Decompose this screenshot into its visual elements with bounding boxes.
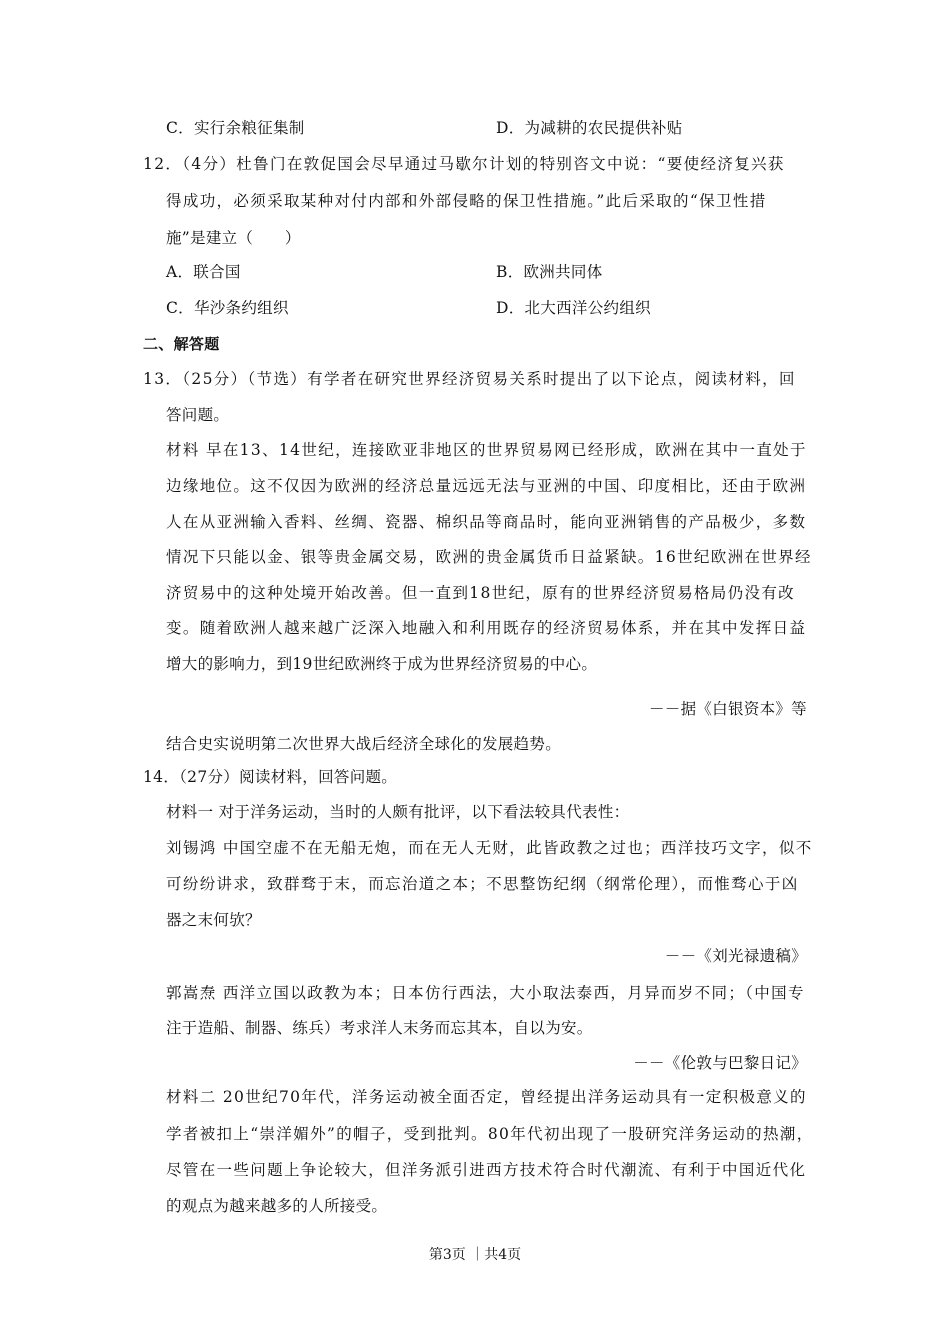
q13-material-line: 情况下只能以金、银等贵金属交易，欧洲的贵金属货币日益紧缺。16世纪欧洲在世界经: [166, 547, 812, 567]
q12-stem-line3: 施”是建立（ ）: [166, 228, 301, 248]
q14-liu-source: －－《刘光禄遗稿》: [665, 946, 807, 966]
q14-material2-line: 的观点为越来越多的人所接受。: [166, 1196, 387, 1216]
q14-liu-line: 可纷纷讲求，致群骛于末，而忘治道之本；不思整饬纪纲（纲常伦理），而惟骛心于凶: [166, 874, 799, 894]
q11-option-d: D．为减耕的农民提供补贴: [496, 118, 683, 138]
q13-material-line: 材料 早在13、14世纪，连接欧亚非地区的世界贸易网已经形成，欧洲在其中一直处于: [166, 440, 807, 460]
q13-question: 结合史实说明第二次世界大战后经济全球化的发展趋势。: [166, 734, 561, 754]
q12-option-b: B．欧洲共同体: [496, 262, 603, 282]
q14-material2-line: 学者被扣上“崇洋媚外”的帽子，受到批判。80年代初出现了一股研究洋务运动的热潮，: [166, 1124, 814, 1144]
q14-guo-source: －－《伦敦与巴黎日记》: [633, 1053, 807, 1073]
q14-material2-line: 尽管在一些问题上争论较大，但洋务派引进西方技术符合时代潮流、有利于中国近代化: [166, 1160, 806, 1180]
q13-source: －－据《白银资本》等: [649, 699, 807, 719]
q13-stem-line1: 13．（25分）（节选）有学者在研究世界经济贸易关系时提出了以下论点，阅读材料，…: [143, 369, 796, 389]
q12-option-c: C．华沙条约组织: [166, 298, 289, 318]
q12-stem-line2: 得成功，必须采取某种对付内部和外部侵略的保卫性措施。”此后采取的“保卫性措: [166, 191, 767, 211]
q14-guo-line: 郭嵩焘 西洋立国以政教为本；日本仿行西法，大小取法泰西，月异而岁不同；（中国专: [166, 983, 805, 1003]
q13-material-line: 济贸易中的这种处境开始改善。但一直到18世纪，原有的世界经济贸易格局仍没有改: [166, 583, 795, 603]
q13-stem-line2: 答问题。: [166, 405, 229, 425]
q14-liu-line: 刘锡鸿 中国空虚不在无船无炮，而在无人无财，此皆政教之过也；西洋技巧文字，似不: [166, 838, 813, 858]
q14-material1-intro: 材料一 对于洋务运动，当时的人颇有批评，以下看法较具代表性：: [166, 802, 629, 822]
q14-stem: 14．（27分）阅读材料，回答问题。: [143, 767, 397, 787]
q12-stem-line1: 12．（4分）杜鲁门在敦促国会尽早通过马歇尔计划的特别咨文中说：“要使经济复兴获: [143, 154, 785, 174]
q12-option-a: A．联合国: [166, 262, 241, 282]
q14-guo-line: 注于造船、制器、练兵）考求洋人末务而忘其本，自以为安。: [166, 1018, 593, 1038]
q12-option-d: D．北大西洋公约组织: [496, 298, 651, 318]
q11-option-c: C．实行余粮征集制: [166, 118, 305, 138]
q13-material-line: 变。随着欧洲人越来越广泛深入地融入和利用既存的经济贸易体系，并在其中发挥日益: [166, 618, 806, 638]
q13-material-line: 人在从亚洲输入香料、丝绸、瓷器、棉织品等商品时，能向亚洲销售的产品极少，多数: [166, 512, 806, 532]
page-footer: 第3页 ｜共4页: [0, 1244, 950, 1264]
q14-liu-line: 器之末何欤？: [166, 910, 261, 930]
q13-material-line: 增大的影响力，到19世纪欧洲终于成为世界经济贸易的中心。: [166, 654, 597, 674]
q14-material2-line: 材料二 20世纪70年代，洋务运动被全面否定，曾经提出洋务运动具有一定积极意义的: [166, 1087, 807, 1107]
section-title-answer-questions: 二、解答题: [143, 334, 220, 354]
q13-material-line: 边缘地位。这不仅因为欧洲的经济总量远远无法与亚洲的中国、印度相比，还由于欧洲: [166, 476, 806, 496]
